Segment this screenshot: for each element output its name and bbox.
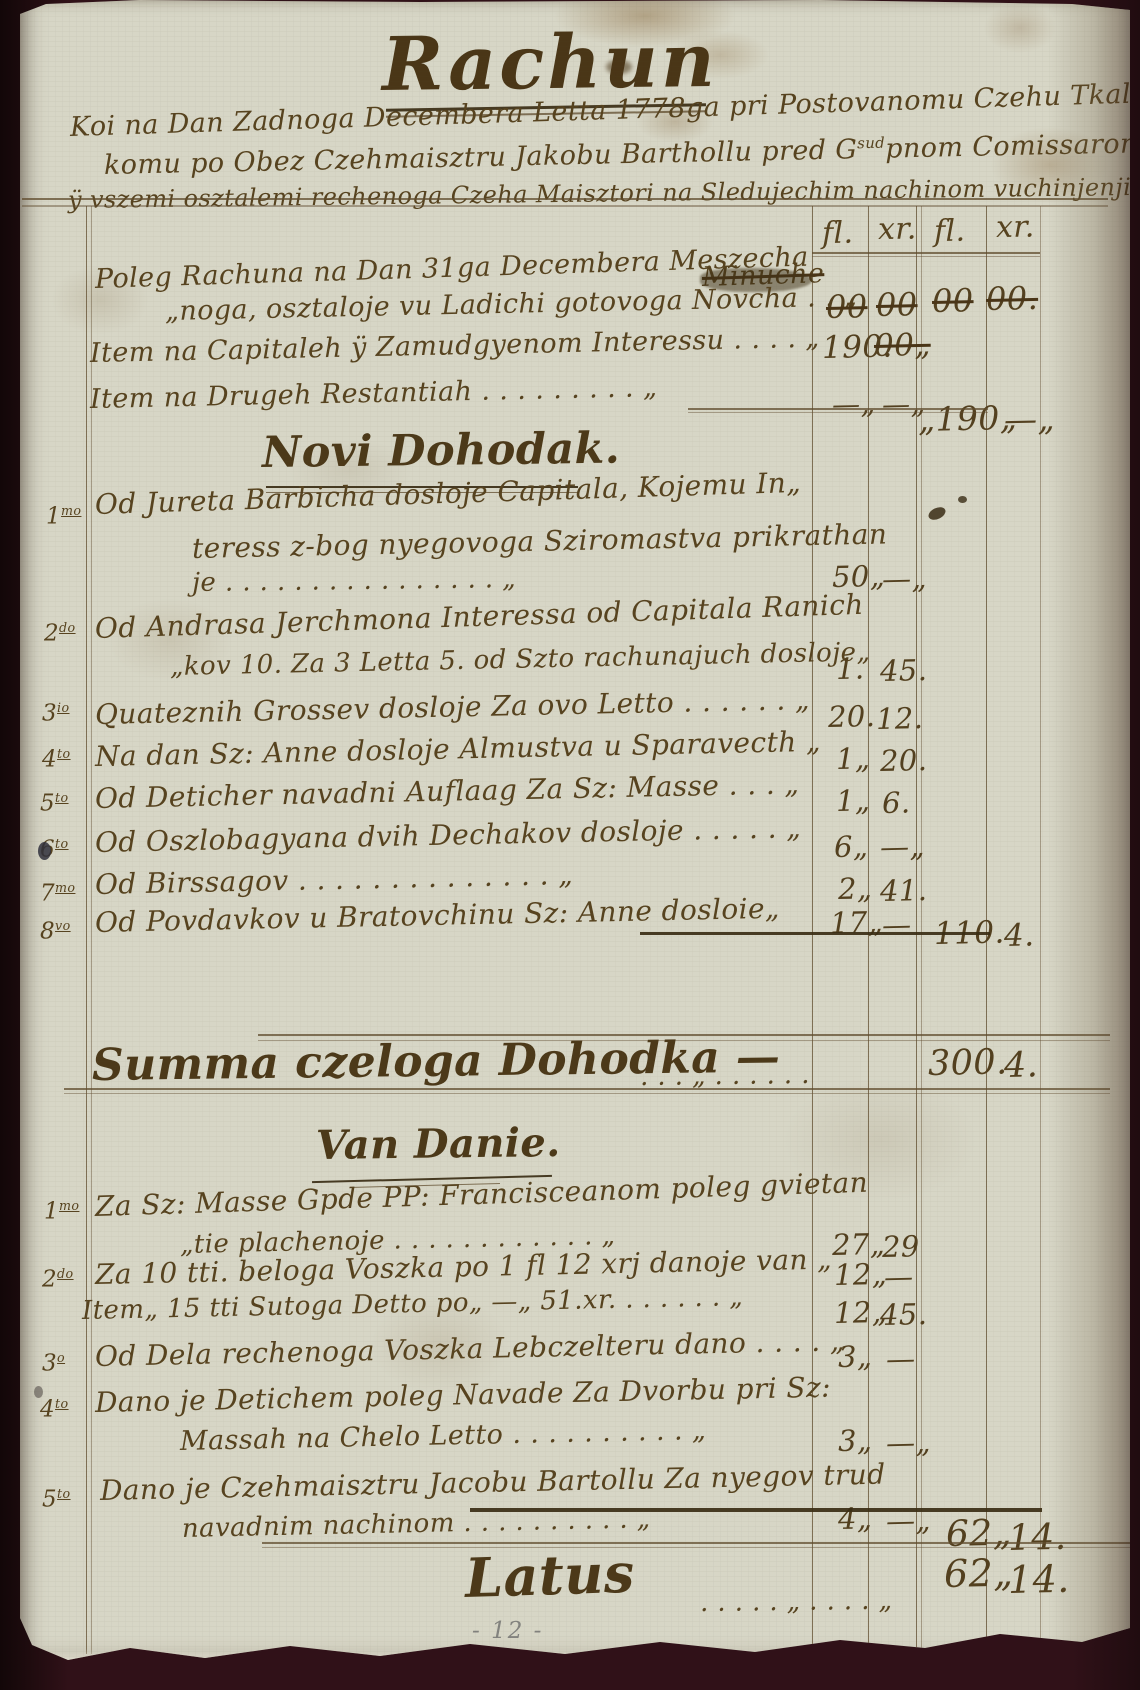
- amount-cell: 14.: [1008, 1517, 1067, 1559]
- item-line: Dano je Czehmaisztru Jacobu Bartollu Za …: [100, 1458, 886, 1507]
- item-number-suffix: to: [57, 746, 71, 761]
- intro-line-2-post: pnom Comissarom: [885, 128, 1140, 164]
- ink-rule: [262, 1547, 1134, 1548]
- ink-rule: [22, 198, 1108, 200]
- amount-cell: —: [886, 1341, 916, 1376]
- ink-smudge: [606, 60, 632, 74]
- amount-cell: —„: [1004, 399, 1056, 439]
- item-number: 3io: [42, 700, 70, 727]
- item-number-suffix: to: [55, 836, 69, 851]
- item-line: Od Oszlobagyana dvih Dechakov dosloje . …: [95, 811, 802, 859]
- manuscript-scan: Rachun Koi na Dan Zadnoga Decembera Lett…: [0, 0, 1140, 1690]
- item-line: Quateznih Grossev dosloje Za ovo Letto .…: [95, 683, 810, 731]
- paper-deckle-edge: [20, 1649, 1130, 1662]
- item-number-suffix: to: [57, 1486, 71, 1501]
- item-number-suffix: io: [57, 700, 69, 715]
- item-number: 4to: [40, 1396, 69, 1423]
- amount-cell: 6„: [834, 829, 869, 864]
- col-header-xr-1: xr.: [878, 212, 917, 247]
- item-line: Za Sz: Masse Gpde PP: Francisceanom pole…: [94, 1166, 868, 1223]
- sum-rule: [688, 408, 988, 410]
- item-number: 1mo: [44, 1198, 79, 1225]
- item-number-base: 3: [42, 1351, 57, 1377]
- amount-cell: —: [884, 1259, 914, 1294]
- item-number-suffix: to: [55, 1396, 69, 1411]
- item-line: teress z-bog nyegovoga Sziromastva prikr…: [192, 517, 888, 565]
- margin-rule: [91, 206, 92, 1654]
- amount-cell: 1„: [836, 741, 871, 776]
- amount-cell: 300.: [928, 1042, 1008, 1084]
- amount-cell: 62„: [944, 1551, 1014, 1596]
- col-header-fl-1: fl.: [822, 216, 854, 251]
- item-number-base: 5: [40, 791, 55, 817]
- amount-cell: 6.: [882, 785, 911, 820]
- pencil-page-number: - 12 -: [472, 1618, 543, 1644]
- item-number: 3o: [42, 1350, 65, 1377]
- ink-rule: [64, 1093, 1110, 1094]
- ink-rule: [64, 1088, 1110, 1090]
- intro-line-2-sup: sud: [857, 134, 885, 153]
- amount-cell: 4.: [1004, 917, 1035, 954]
- item-number-base: 4: [42, 747, 57, 773]
- amount-cell: —„: [882, 561, 928, 596]
- margin-rule: [86, 206, 87, 1654]
- intro-line-3: ÿ vszemi osztalemi rechenoga Czeha Maisz…: [68, 173, 1132, 214]
- ink-blot: [927, 505, 948, 523]
- amount-cell: 4.: [1004, 1045, 1039, 1086]
- ink-blot: [38, 842, 51, 860]
- ink-blot: [34, 1386, 43, 1398]
- amount-cell: —„: [832, 387, 876, 421]
- item-line: Dano je Detichem poleg Navade Za Dvorbu …: [95, 1371, 832, 1419]
- col-header-xr-2: xr.: [996, 210, 1035, 245]
- amount-cell: 20.: [828, 699, 876, 734]
- ink-rule: [812, 252, 1040, 254]
- item-number-suffix: o: [57, 1350, 65, 1365]
- item-number-base: 1: [44, 1199, 59, 1225]
- item-line: Od Dela rechenoga Voszka Lebczelteru dan…: [95, 1324, 845, 1373]
- item-number-base: 4: [40, 1397, 55, 1423]
- sum-rule: [640, 932, 990, 935]
- item-number: 2do: [44, 620, 76, 647]
- ink-rule: [812, 256, 1040, 257]
- opening-row-3-line-1: Item na Drugeh Restantiah . . . . . . . …: [90, 372, 658, 415]
- item-number-suffix: mo: [55, 880, 75, 895]
- item-number-suffix: vo: [55, 918, 71, 933]
- item-line: „kov 10. Za 3 Letta 5. od Szto rachunaju…: [170, 637, 871, 682]
- ink-rule: [22, 205, 1108, 207]
- item-line: Od Deticher navadni Auflaag Za Sz: Masse…: [95, 767, 800, 815]
- amount-cell: 45.: [880, 1297, 928, 1332]
- latus-label: Latus: [464, 1541, 636, 1610]
- item-number-base: 7: [40, 881, 55, 907]
- item-number-base: 3: [42, 701, 57, 727]
- amount-cell: 1.: [836, 651, 865, 686]
- item-number-suffix: mo: [59, 1198, 79, 1213]
- item-number-base: 5: [42, 1487, 57, 1513]
- sum-rule: [688, 412, 988, 413]
- amount-cell: 41.: [880, 873, 928, 908]
- sum-rule: [470, 1508, 1042, 1512]
- amount-cell: 00: [932, 281, 974, 320]
- amount-cell: 1„: [836, 783, 871, 818]
- col-header-fl-2: fl.: [934, 214, 966, 249]
- amount-cell: 00: [876, 285, 918, 324]
- item-number: 7mo: [40, 880, 75, 907]
- item-line: Massah na Chelo Letto . . . . . . . . . …: [180, 1415, 707, 1457]
- item-number-base: 1: [46, 504, 61, 530]
- amount-cell: 00.: [986, 279, 1039, 318]
- amount-cell: 00: [826, 287, 868, 326]
- ink-rule: [262, 1542, 1134, 1544]
- amount-cell: 00„: [874, 327, 931, 364]
- page-fold-shading: [1048, 0, 1130, 1662]
- item-number-base: 2: [44, 621, 59, 647]
- amount-cell: —„: [886, 1425, 932, 1460]
- amount-cell: 12„: [834, 1257, 888, 1292]
- item-line: Na dan Sz: Anne dosloje Almustva u Spara…: [95, 725, 821, 773]
- section-heading-novi-dohodak: Novi Dohodak.: [262, 424, 621, 478]
- item-line: Od Birssagov . . . . . . . . . . . . . .…: [95, 858, 574, 901]
- amount-cell: 3„: [838, 1339, 873, 1374]
- column-rule: [812, 206, 813, 1654]
- amount-cell: 2„: [838, 871, 873, 906]
- item-number-base: 2: [42, 1267, 57, 1293]
- amount-cell: 62„: [946, 1513, 1013, 1555]
- manuscript-page: Rachun Koi na Dan Zadnoga Decembera Lett…: [20, 0, 1130, 1662]
- amount-cell: 12.: [876, 701, 924, 736]
- item-line: je . . . . . . . . . . . . . . . . „: [192, 564, 516, 598]
- item-number-suffix: do: [57, 1266, 74, 1281]
- item-number: 5to: [42, 1486, 71, 1513]
- amount-cell: 14.: [1008, 1557, 1071, 1602]
- item-number-suffix: do: [59, 620, 76, 635]
- amount-cell: „190„: [918, 398, 1018, 439]
- item-number-suffix: mo: [61, 503, 81, 518]
- amount-cell: 4„: [838, 1501, 873, 1536]
- amount-cell: —: [882, 907, 912, 942]
- intro-line-2-pre: komu po Obez Czehmaisztru Jakobu Barthol…: [104, 134, 858, 181]
- amount-cell: —„: [880, 829, 926, 864]
- item-number: 2do: [42, 1266, 74, 1293]
- item-number: 5to: [40, 790, 69, 817]
- ink-blot: [958, 496, 967, 503]
- latus-leader-dots: . . . . . „ . . . . „: [700, 1586, 893, 1618]
- item-number-suffix: to: [55, 790, 69, 805]
- item-number: 8vo: [40, 918, 71, 945]
- opening-row-2-line-1: Item na Capitaleh ÿ Zamudgyenom Interess…: [90, 323, 820, 369]
- amount-cell: 3„: [838, 1423, 873, 1458]
- amount-cell: 45.: [880, 653, 928, 688]
- item-number: 1mo: [46, 503, 81, 530]
- item-number: 4to: [42, 746, 71, 773]
- section-heading-van-danie: Van Danie.: [316, 1119, 561, 1169]
- amount-cell: 20.: [880, 743, 928, 778]
- item-number-base: 8: [40, 919, 55, 945]
